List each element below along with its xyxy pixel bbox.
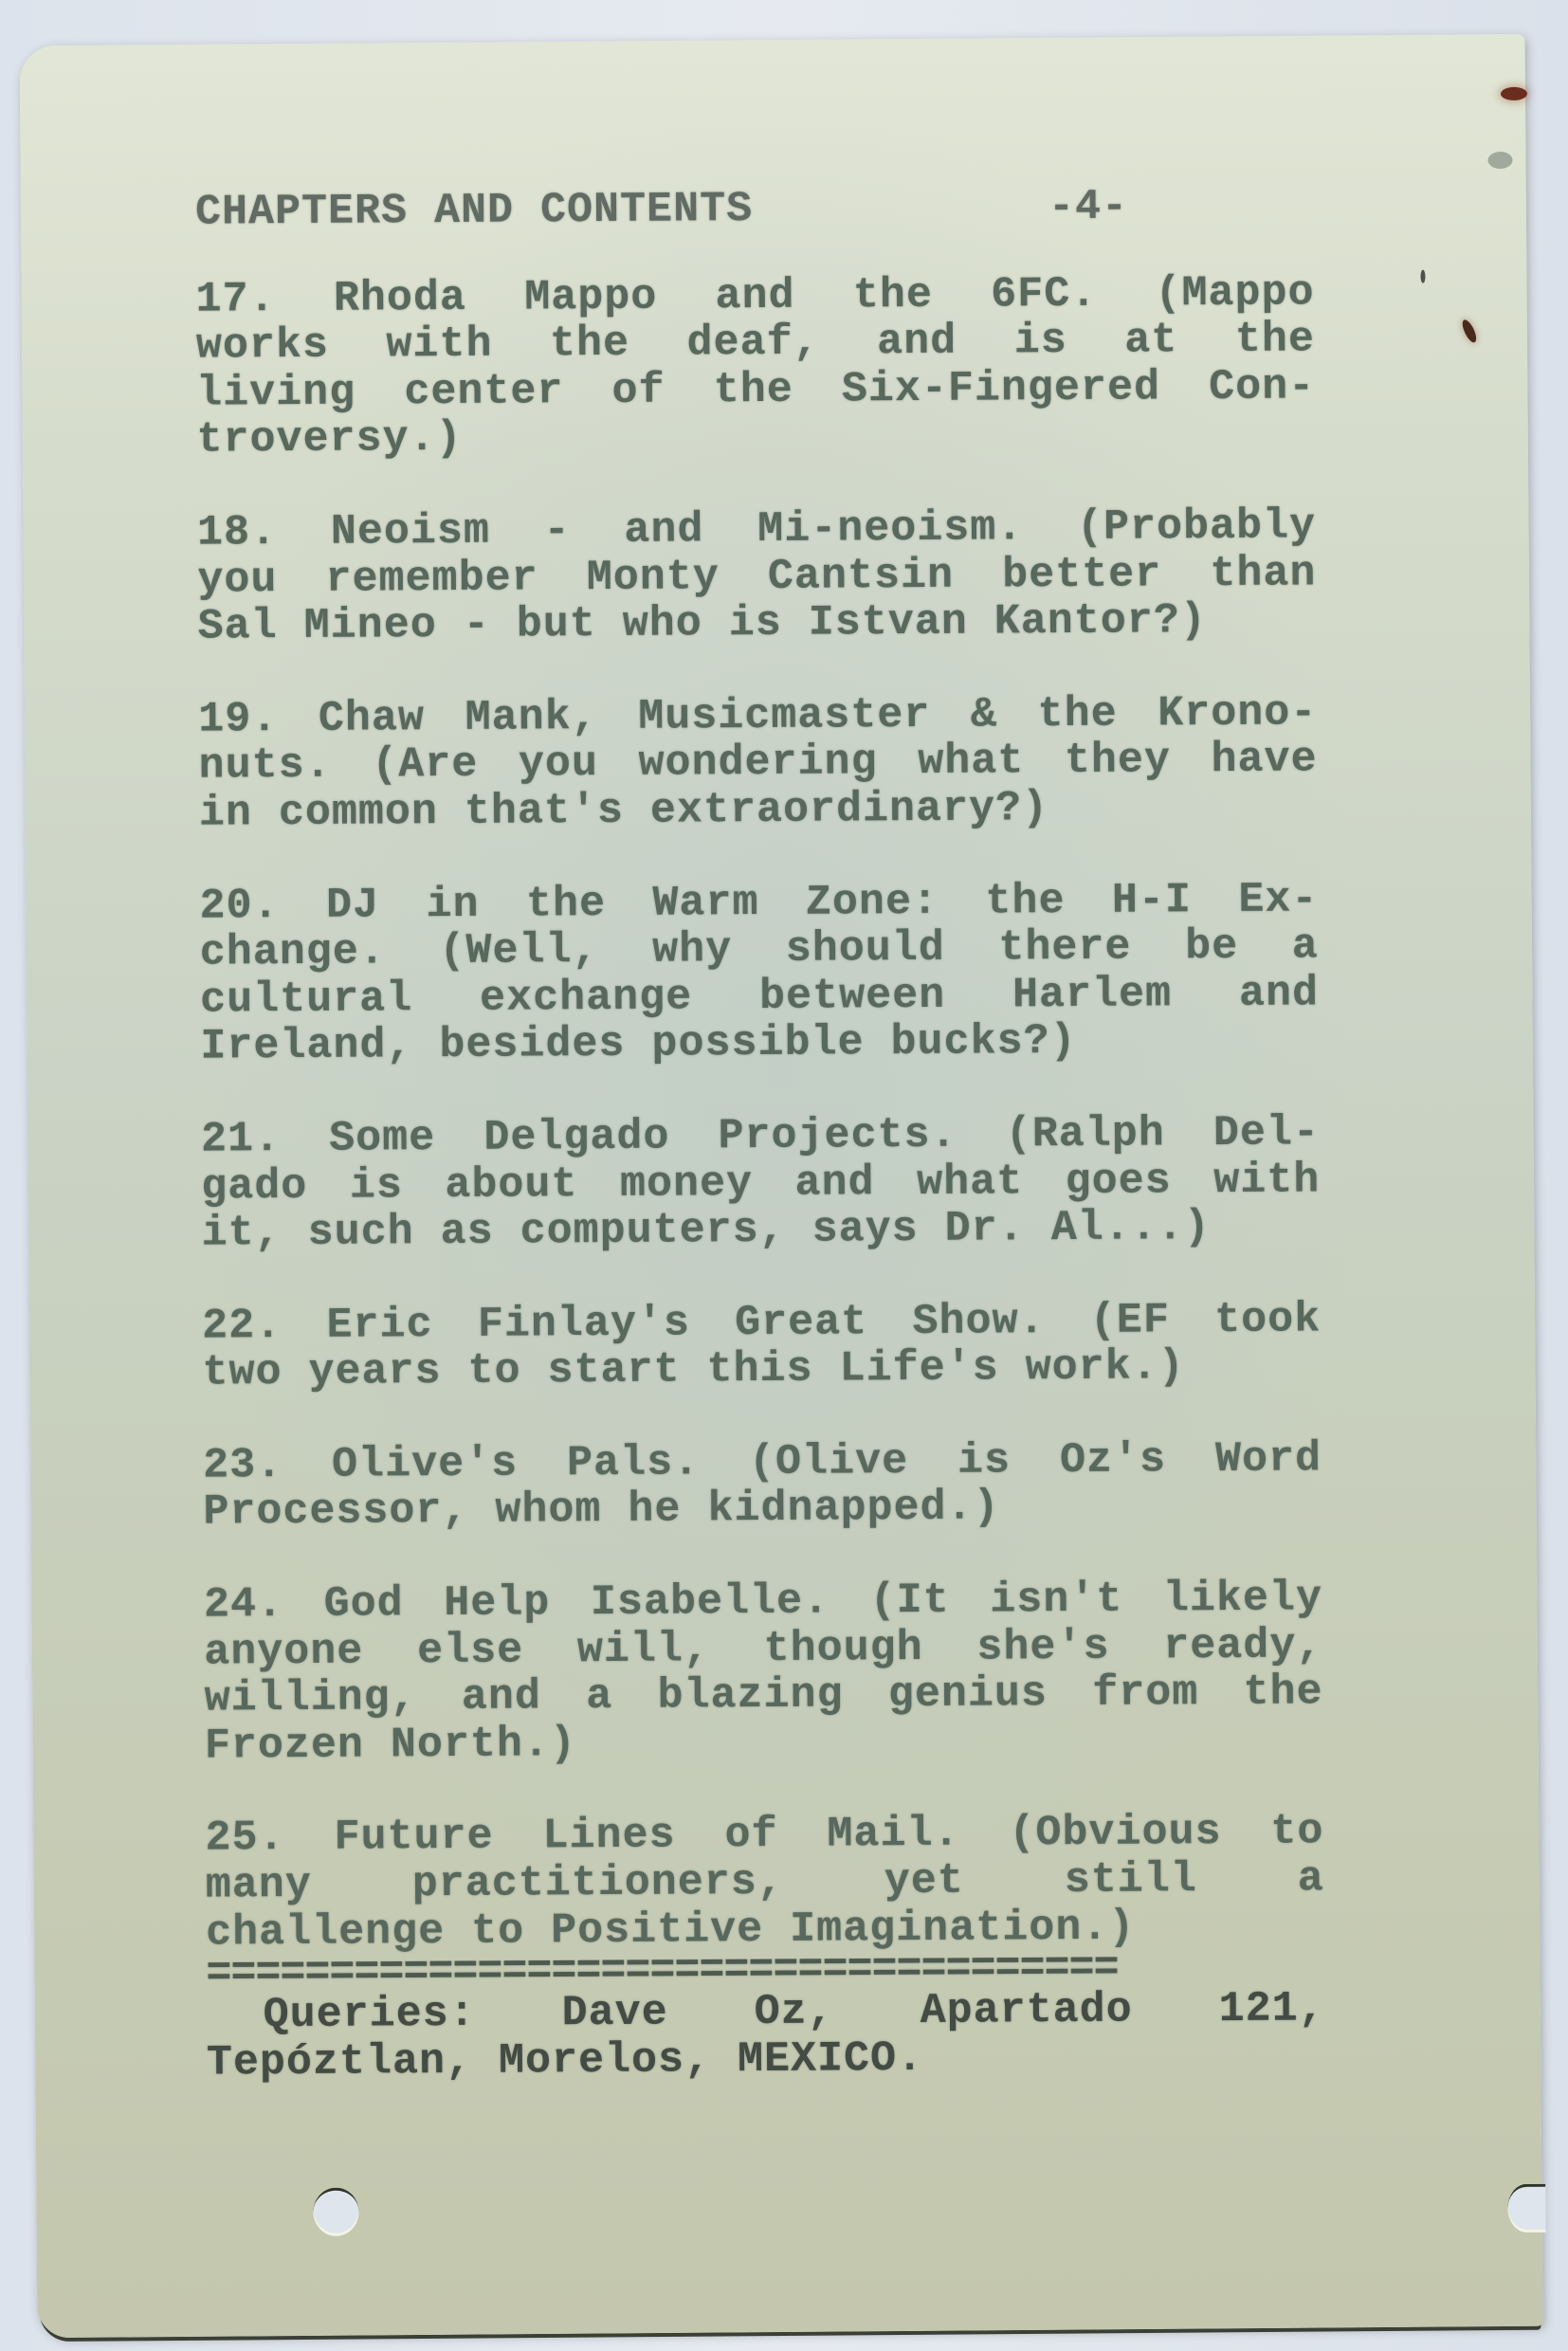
page-content: CHAPTERS AND CONTENTS -4- 17. Rhoda Mapp… — [195, 182, 1325, 2087]
contents-item-line: cultural exchange between Harlem and — [200, 970, 1319, 1024]
contents-item-line: two years to start this Life's work.) — [202, 1343, 1321, 1397]
contents-item-line: 24. God Help Isabelle. (It isn't likely — [204, 1575, 1322, 1629]
contents-item-line: Frozen North.) — [205, 1716, 1323, 1770]
contents-item-line: works with the deaf, and is at the — [196, 317, 1315, 371]
contents-item-line: 22. Eric Finlay's Great Show. (EF took — [202, 1296, 1321, 1350]
contents-item-line: 18. Neoism - and Mi-neoism. (Probably — [197, 502, 1316, 556]
contents-item-line: 19. Chaw Mank, Musicmaster & the Krono- — [198, 689, 1317, 743]
contents-item-line: troversy.) — [196, 410, 1315, 465]
contents-item: 19. Chaw Mank, Musicmaster & the Krono-n… — [198, 689, 1318, 837]
page-header: CHAPTERS AND CONTENTS -4- — [195, 182, 1314, 236]
contents-item-line: Sal Mineo - but who is Istvan Kantor?) — [198, 597, 1317, 651]
contents-item-line: 20. DJ in the Warm Zone: the H-I Ex- — [199, 876, 1318, 930]
contents-item-line: in common that's extraordinary?) — [199, 783, 1318, 837]
contents-item-line: willing, and a blazing genius from the — [204, 1669, 1322, 1723]
contents-item-line: Ireland, besides possible bucks?) — [200, 1017, 1319, 1071]
contents-item-line: it, such as computers, says Dr. Al...) — [201, 1203, 1320, 1257]
contents-item: 23. Olive's Pals. (Olive is Oz's WordPro… — [203, 1435, 1322, 1536]
queries-block: Queries: Dave Oz, Apartado 121, Tepóztla… — [207, 1986, 1326, 2087]
contents-item-line: 21. Some Delgado Projects. (Ralph Del- — [201, 1109, 1320, 1163]
contents-item: 20. DJ in the Warm Zone: the H-I Ex-chan… — [199, 876, 1319, 1071]
contents-item-line: 23. Olive's Pals. (Olive is Oz's Word — [203, 1435, 1322, 1489]
contents-item: 22. Eric Finlay's Great Show. (EF tooktw… — [202, 1296, 1322, 1396]
paper-blemish — [1487, 152, 1512, 169]
contents-item-line: many practitioners, yet still a — [206, 1855, 1324, 1909]
contents-item: 18. Neoism - and Mi-neoism. (Probablyyou… — [197, 502, 1317, 650]
queries-line-2: Tepóztlan, Morelos, MEXICO. — [207, 2032, 1325, 2087]
contents-item: 25. Future Lines of Mail. (Obvious toman… — [205, 1809, 1324, 1957]
punch-hole-icon — [313, 2188, 358, 2236]
contents-item: 24. God Help Isabelle. (It isn't likelya… — [204, 1575, 1323, 1770]
contents-item: 17. Rhoda Mappo and the 6FC. (Mappoworks… — [195, 269, 1315, 465]
contents-item-line: you remember Monty Cantsin better than — [197, 550, 1316, 604]
contents-item-line: anyone else will, though she's ready, — [204, 1622, 1322, 1676]
contents-item-line: living center of the Six-Fingered Con- — [196, 363, 1315, 417]
divider-rule: ===================================== — [206, 1956, 1324, 1987]
contents-item-line: challenge to Positive Imagination.) — [206, 1903, 1324, 1957]
contents-item-line: gado is about money and what goes with — [201, 1157, 1320, 1211]
contents-item-line: 17. Rhoda Mappo and the 6FC. (Mappo — [195, 269, 1314, 323]
contents-item-line: Processor, whom he kidnapped.) — [203, 1483, 1322, 1537]
rust-stain — [1501, 87, 1527, 100]
contents-item-line: 25. Future Lines of Mail. (Obvious to — [205, 1809, 1323, 1863]
ink-speck — [1420, 270, 1425, 283]
page-number: -4- — [1048, 183, 1238, 231]
contents-item-line: change. (Well, why should there be a — [200, 923, 1319, 977]
contents-item: 21. Some Delgado Projects. (Ralph Del-ga… — [201, 1109, 1321, 1257]
queries-line-1: Queries: Dave Oz, Apartado 121, — [207, 1986, 1325, 2040]
contents-item-line: nuts. (Are you wondering what they have — [198, 737, 1317, 791]
page-title: CHAPTERS AND CONTENTS — [195, 184, 1048, 236]
punch-hole-icon — [1507, 2184, 1545, 2233]
rust-stain — [1460, 318, 1479, 344]
contents-list: 17. Rhoda Mappo and the 6FC. (Mappoworks… — [195, 269, 1324, 1957]
